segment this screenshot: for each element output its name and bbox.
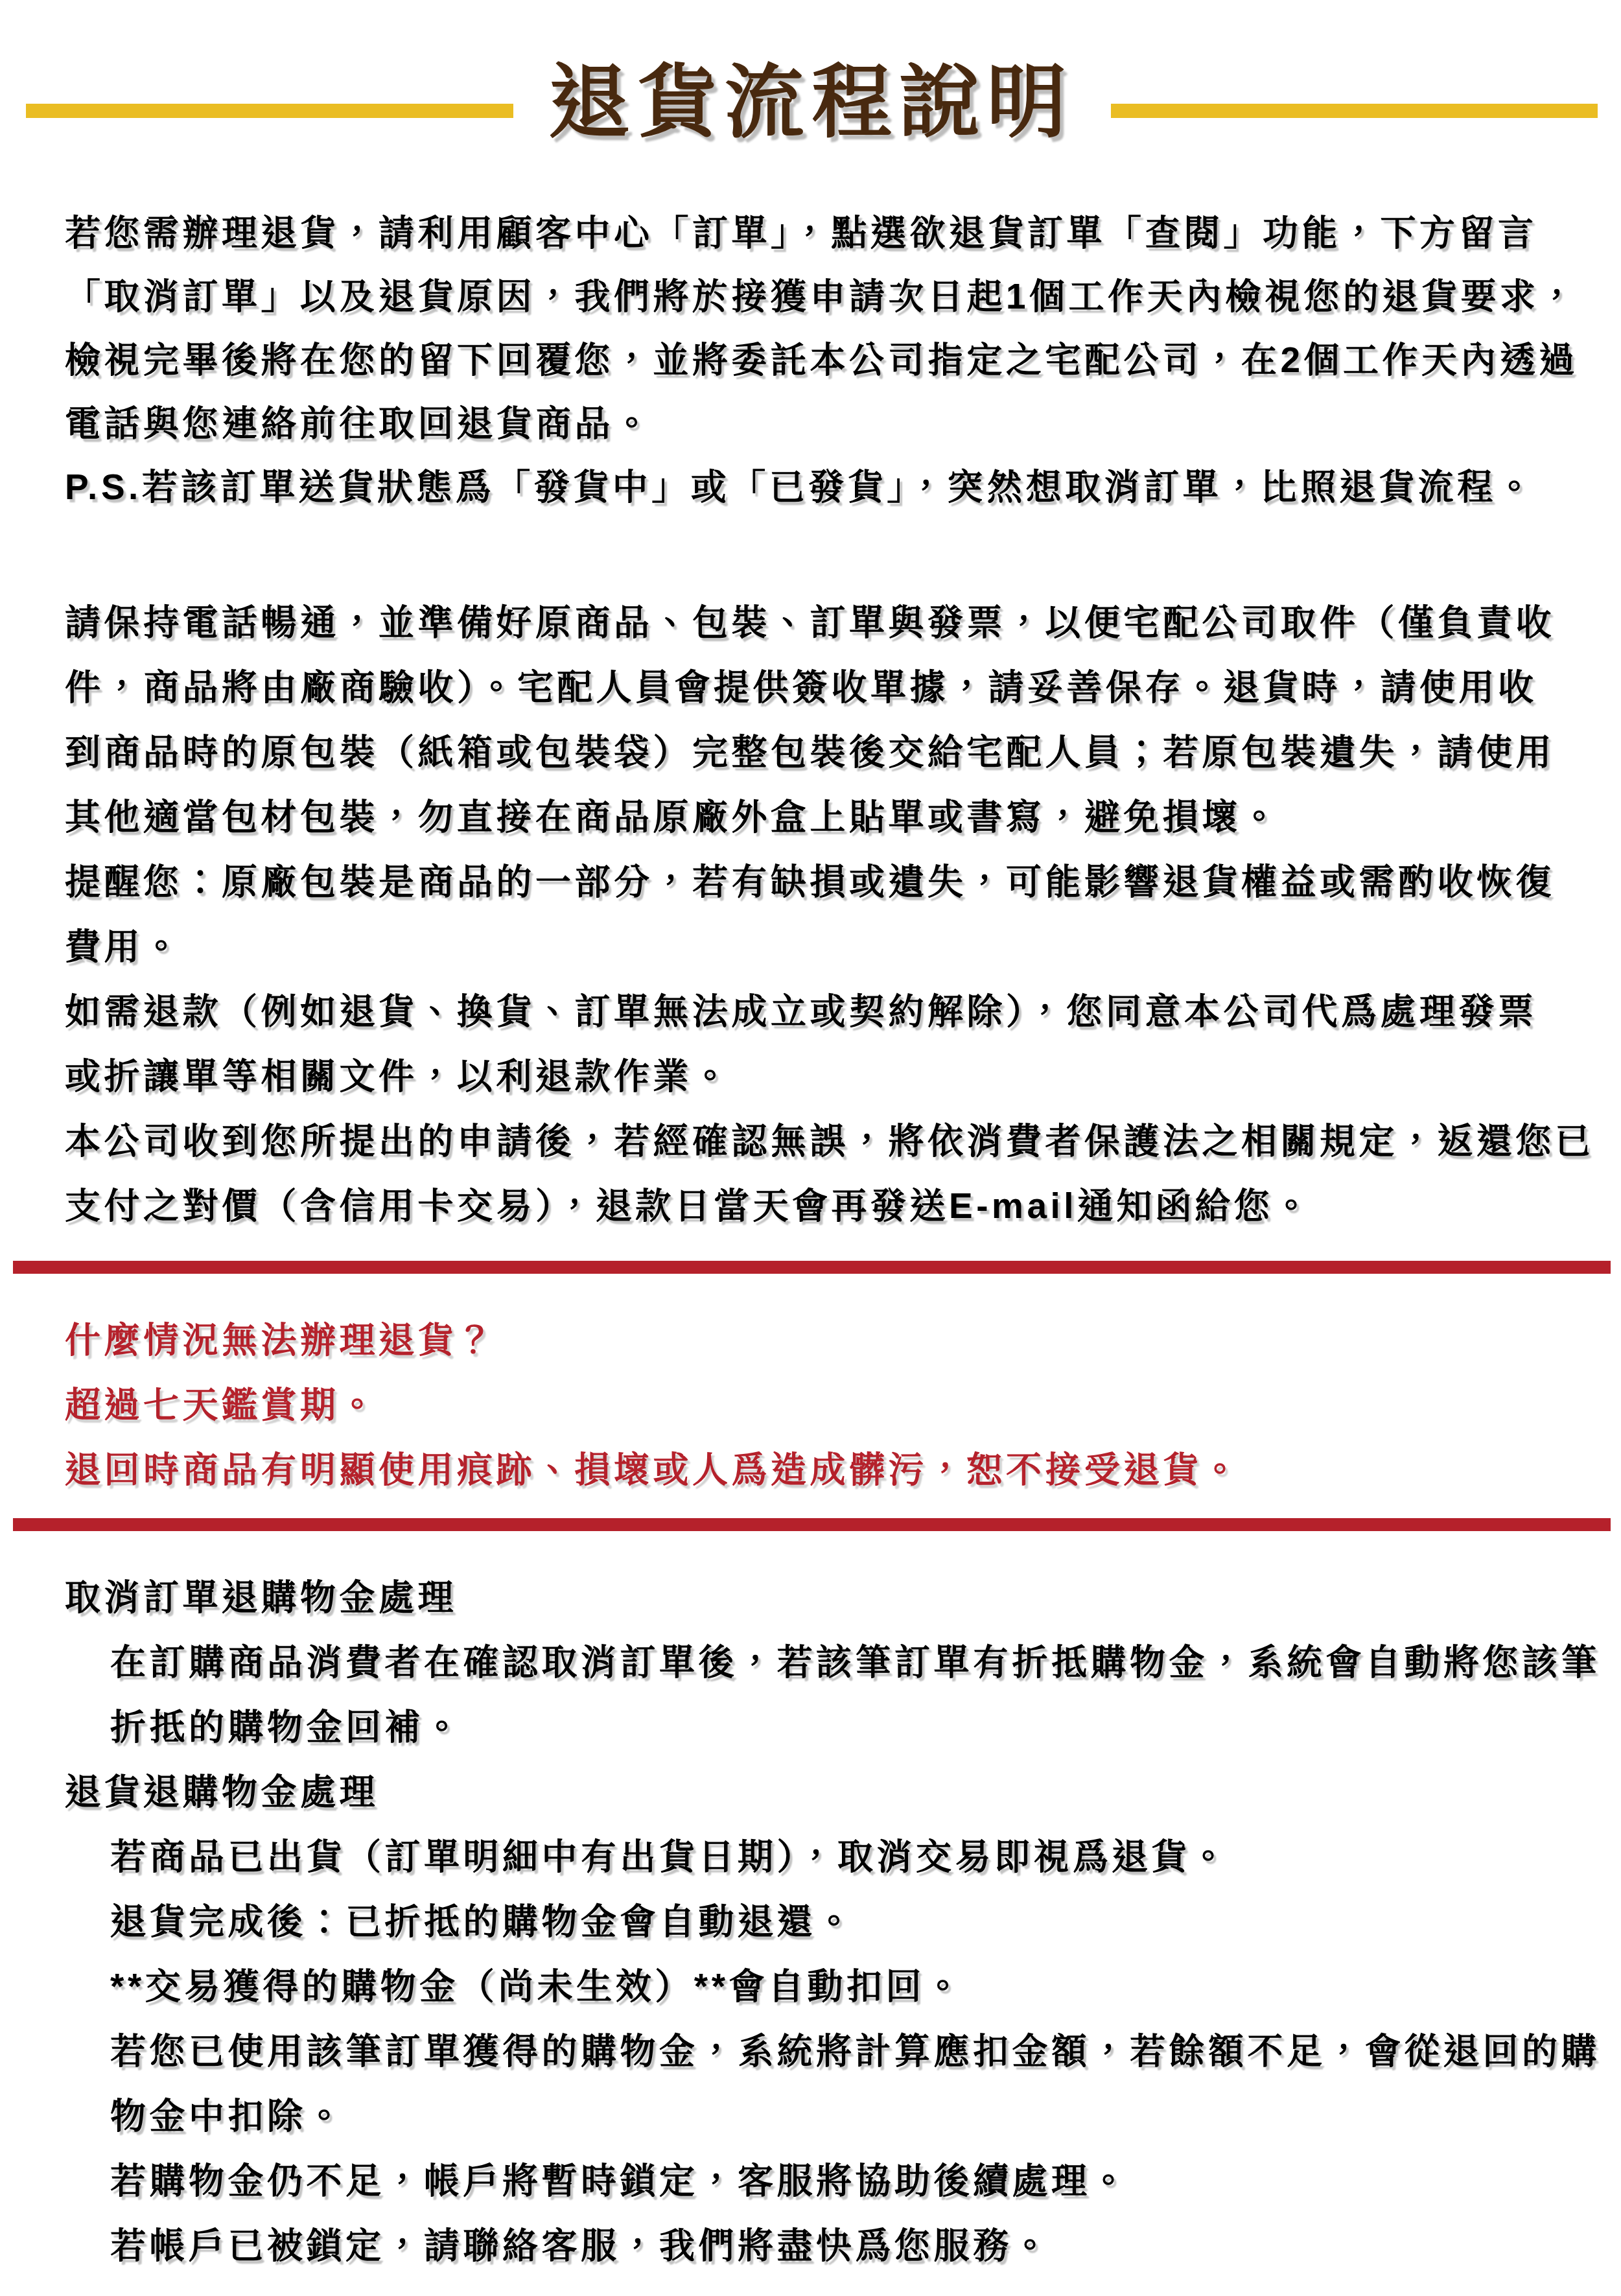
policy-line: 本公司收到您所提出的申請後，若經確認無誤，將依消費者保護法之相關規定，返還您已 <box>65 1108 1582 1173</box>
policy-line: 提醒您：原廠包裝是商品的一部分，若有缺損或遺失，可能影響退貨權益或需酌收恢復 <box>65 849 1582 914</box>
page-header: 退貨流程說明 <box>0 62 1621 143</box>
no-return-line: 退回時商品有明顯使用痕跡、損壞或人爲造成髒污，恕不接受退貨。 <box>65 1437 1582 1502</box>
credit-return-line: 若您已使用該筆訂單獲得的購物金，系統將計算應扣金額，若餘額不足，會從退回的購 <box>65 2019 1582 2083</box>
policy-line: 如需退款（例如退貨、換貨、訂單無法成立或契約解除），您同意本公司代爲處理發票 <box>65 979 1582 1044</box>
pickup-refund-paragraph: 請保持電話暢通，並準備好原商品、包裝、訂單與發票，以便宅配公司取件（僅負責收 件… <box>65 590 1582 1238</box>
intro-line: 電話與您連絡前往取回退貨商品。 <box>65 392 1582 455</box>
policy-line: 支付之對價（含信用卡交易），退款日當天會再發送E-mail通知函給您。 <box>65 1173 1582 1238</box>
policy-line: 請保持電話暢通，並準備好原商品、包裝、訂單與發票，以便宅配公司取件（僅負責收 <box>65 590 1582 655</box>
credit-return-line: 物金中扣除。 <box>65 2083 1582 2148</box>
intro-paragraph: 若您需辦理退貨，請利用顧客中心「訂單」，點選欲退貨訂單「查閱」功能，下方留言 「… <box>65 201 1582 519</box>
policy-line: 到商品時的原包裝（紙箱或包裝袋）完整包裝後交給宅配人員；若原包裝遺失，請使用 <box>65 720 1582 784</box>
credit-return-line: **交易獲得的購物金（尚未生效）**會自動扣回。 <box>65 1954 1582 2019</box>
intro-line: 檢視完畢後將在您的留下回覆您，並將委託本公司指定之宅配公司，在2個工作天內透過 <box>65 328 1582 392</box>
credit-return-heading: 退貨退購物金處理 <box>65 1759 1582 1824</box>
policy-line: 件，商品將由廠商驗收）。宅配人員會提供簽收單據，請妥善保存。退貨時，請使用收 <box>65 655 1582 720</box>
policy-line: 費用。 <box>65 914 1582 979</box>
no-return-line: 超過七天鑑賞期。 <box>65 1372 1582 1437</box>
credit-return-line: 退貨完成後：已折抵的購物金會自動退還。 <box>65 1889 1582 1954</box>
credit-cancel-line: 在訂購商品消費者在確認取消訂單後，若該筆訂單有折抵購物金，系統會自動將您該筆 <box>65 1630 1582 1694</box>
policy-line: 其他適當包材包裝，勿直接在商品原廠外盒上貼單或書寫，避免損壞。 <box>65 784 1582 849</box>
page-title: 退貨流程說明 <box>550 62 1075 143</box>
title-accent-bar-left <box>26 104 513 118</box>
no-return-section: 什麼情況無法辦理退貨？ 超過七天鑑賞期。 退回時商品有明顯使用痕跡、損壞或人爲造… <box>65 1307 1582 1502</box>
intro-postscript-line: P.S.若該訂單送貨狀態爲「發貨中」或「已發貨」，突然想取消訂單，比照退貨流程。 <box>65 455 1582 519</box>
return-policy-page: 退貨流程說明 若您需辦理退貨，請利用顧客中心「訂單」，點選欲退貨訂單「查閱」功能… <box>0 0 1621 2296</box>
red-divider-bottom <box>13 1518 1611 1531</box>
title-accent-bar-right <box>1111 104 1598 118</box>
policy-line: 或折讓單等相關文件，以利退款作業。 <box>65 1044 1582 1108</box>
credit-return-line: 若購物金仍不足，帳戶將暫時鎖定，客服將協助後續處理。 <box>65 2148 1582 2213</box>
no-return-heading: 什麼情況無法辦理退貨？ <box>65 1307 1582 1372</box>
red-divider-top <box>13 1261 1611 1274</box>
credit-return-line: 若帳戶已被鎖定，請聯絡客服，我們將盡快爲您服務。 <box>65 2213 1582 2278</box>
credit-cancel-line: 折抵的購物金回補。 <box>65 1694 1582 1759</box>
intro-line: 若您需辦理退貨，請利用顧客中心「訂單」，點選欲退貨訂單「查閱」功能，下方留言 <box>65 201 1582 264</box>
store-credit-section: 取消訂單退購物金處理 在訂購商品消費者在確認取消訂單後，若該筆訂單有折抵購物金，… <box>65 1565 1582 2278</box>
credit-return-line: 若商品已出貨（訂單明細中有出貨日期），取消交易即視爲退貨。 <box>65 1824 1582 1889</box>
credit-cancel-heading: 取消訂單退購物金處理 <box>65 1565 1582 1630</box>
intro-line: 「取消訂單」以及退貨原因，我們將於接獲申請次日起1個工作天內檢視您的退貨要求， <box>65 264 1582 328</box>
